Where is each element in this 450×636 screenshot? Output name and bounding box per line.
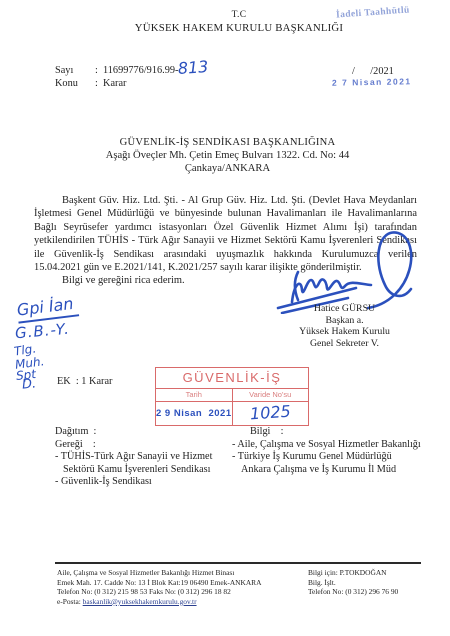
date-stamp: 2 7 Nisan 2021	[332, 76, 412, 87]
received-stamp-date-cell: 2 9 Nisan 2021	[156, 402, 233, 425]
konu-value: : Karar	[95, 77, 126, 90]
bilgi-item: - Türkiye İş Kurumu Genel Müdürlüğü	[232, 451, 421, 464]
date-printed: / /2021	[352, 66, 394, 77]
received-stamp-number-cell: 1025	[233, 402, 308, 425]
signer-title-3: Genel Sekreter V.	[262, 338, 427, 350]
geregi-item: - TÜHİS-Türk Ağır Sanayii ve Hizmet	[55, 451, 212, 464]
footer-email-line: e-Posta: baskanlik@yuksekhakemkurulu.gov…	[57, 597, 261, 607]
footer-email-link[interactable]: baskanlik@yuksekhakemkurulu.gov.tr	[83, 597, 197, 606]
meta-block: Sayı : 11699776/916.99- 813 Konu : Karar	[55, 64, 209, 90]
received-date-stamp: 2 9 Nisan 2021	[156, 408, 232, 419]
signer-title-1: Başkan a.	[262, 315, 427, 327]
sayi-label: Sayı	[55, 64, 95, 77]
footer-contact-phone: Telefon No: (0 312) 296 76 90	[308, 587, 398, 597]
sayi-handwritten-number: 813	[178, 60, 209, 75]
footer-address: Emek Mah. 17. Cadde No: 13 İ Blok Kat:19…	[57, 578, 261, 588]
handwritten-note-2: G.B.-Y.	[14, 320, 70, 343]
received-stamp-col-tarih: Tarih	[156, 389, 233, 401]
received-stamp-col-varide: Varide No'su	[233, 389, 309, 401]
recipient-name: GÜVENLİK-İŞ SENDİKASI BAŞKANLIĞINA	[0, 136, 450, 149]
sayi-value: : 11699776/916.99-	[95, 64, 178, 77]
footer-divider	[55, 562, 421, 564]
attachment-line: EK : 1 Karar	[57, 376, 112, 387]
bilgi-label: Bilgi :	[232, 426, 421, 439]
dagitim-label: Dağıtım :	[55, 426, 212, 439]
header-org-title: YÜKSEK HAKEM KURULU BAŞKANLIĞI	[0, 22, 450, 34]
bilgi-item: - Aile, Çalışma ve Sosyal Hizmetler Baka…	[232, 439, 421, 452]
konu-label: Konu	[55, 77, 95, 90]
document-page: T.C YÜKSEK HAKEM KURULU BAŞKANLIĞI İadel…	[0, 0, 450, 636]
signer-name: Hatice GÜRSU	[262, 303, 427, 315]
footer-contact-person: Bilgi için: P.TOKDOĞAN	[308, 568, 398, 578]
signer-title-2: Yüksek Hakem Kurulu	[262, 326, 427, 338]
geregi-item: - Güvenlik-İş Sendikası	[55, 476, 212, 489]
footer-right-block: Bilgi için: P.TOKDOĞAN Bilg. İşlt. Telef…	[308, 568, 398, 597]
footer-contact-dept: Bilg. İşlt.	[308, 578, 398, 588]
bilgi-item-continuation: Ankara Çalışma ve İş Kurumu İl Müd	[232, 464, 421, 477]
geregi-label: Gereği :	[55, 439, 212, 452]
recipient-address: Aşağı Öveçler Mh. Çetin Emeç Bulvarı 132…	[0, 149, 450, 162]
footer-left-block: Aile, Çalışma ve Sosyal Hizmetler Bakanl…	[57, 568, 261, 606]
distribution-left: Dağıtım : Gereği : - TÜHİS-Türk Ağır San…	[55, 426, 212, 489]
received-stamp-values: 2 9 Nisan 2021 1025	[156, 402, 308, 425]
footer-phone-fax: Telefon No: (0 312) 215 98 53 Faks No: (…	[57, 587, 261, 597]
signature-block: Hatice GÜRSU Başkan a. Yüksek Hakem Kuru…	[262, 303, 427, 349]
received-stamp-org: GÜVENLİK-İŞ	[156, 368, 308, 389]
footer-email-label: e-Posta:	[57, 597, 83, 606]
handwritten-note-6: D.	[21, 376, 36, 392]
recipient-block: GÜVENLİK-İŞ SENDİKASI BAŞKANLIĞINA Aşağı…	[0, 136, 450, 175]
footer-building: Aile, Çalışma ve Sosyal Hizmetler Bakanl…	[57, 568, 261, 578]
distribution-right: Bilgi : - Aile, Çalışma ve Sosyal Hizmet…	[232, 426, 421, 476]
handwritten-note-1: Gpi İan	[16, 293, 79, 323]
geregi-item-continuation: Sektörü Kamu İşverenleri Sendikası	[55, 464, 212, 477]
received-number-handwritten: 1025	[249, 401, 291, 425]
recipient-city: Çankaya/ANKARA	[0, 162, 450, 175]
sayi-row: Sayı : 11699776/916.99- 813	[55, 64, 209, 77]
signature-scribble	[276, 228, 424, 314]
received-stamp: GÜVENLİK-İŞ Tarih Varide No'su 2 9 Nisan…	[155, 367, 309, 426]
konu-row: Konu : Karar	[55, 77, 209, 90]
